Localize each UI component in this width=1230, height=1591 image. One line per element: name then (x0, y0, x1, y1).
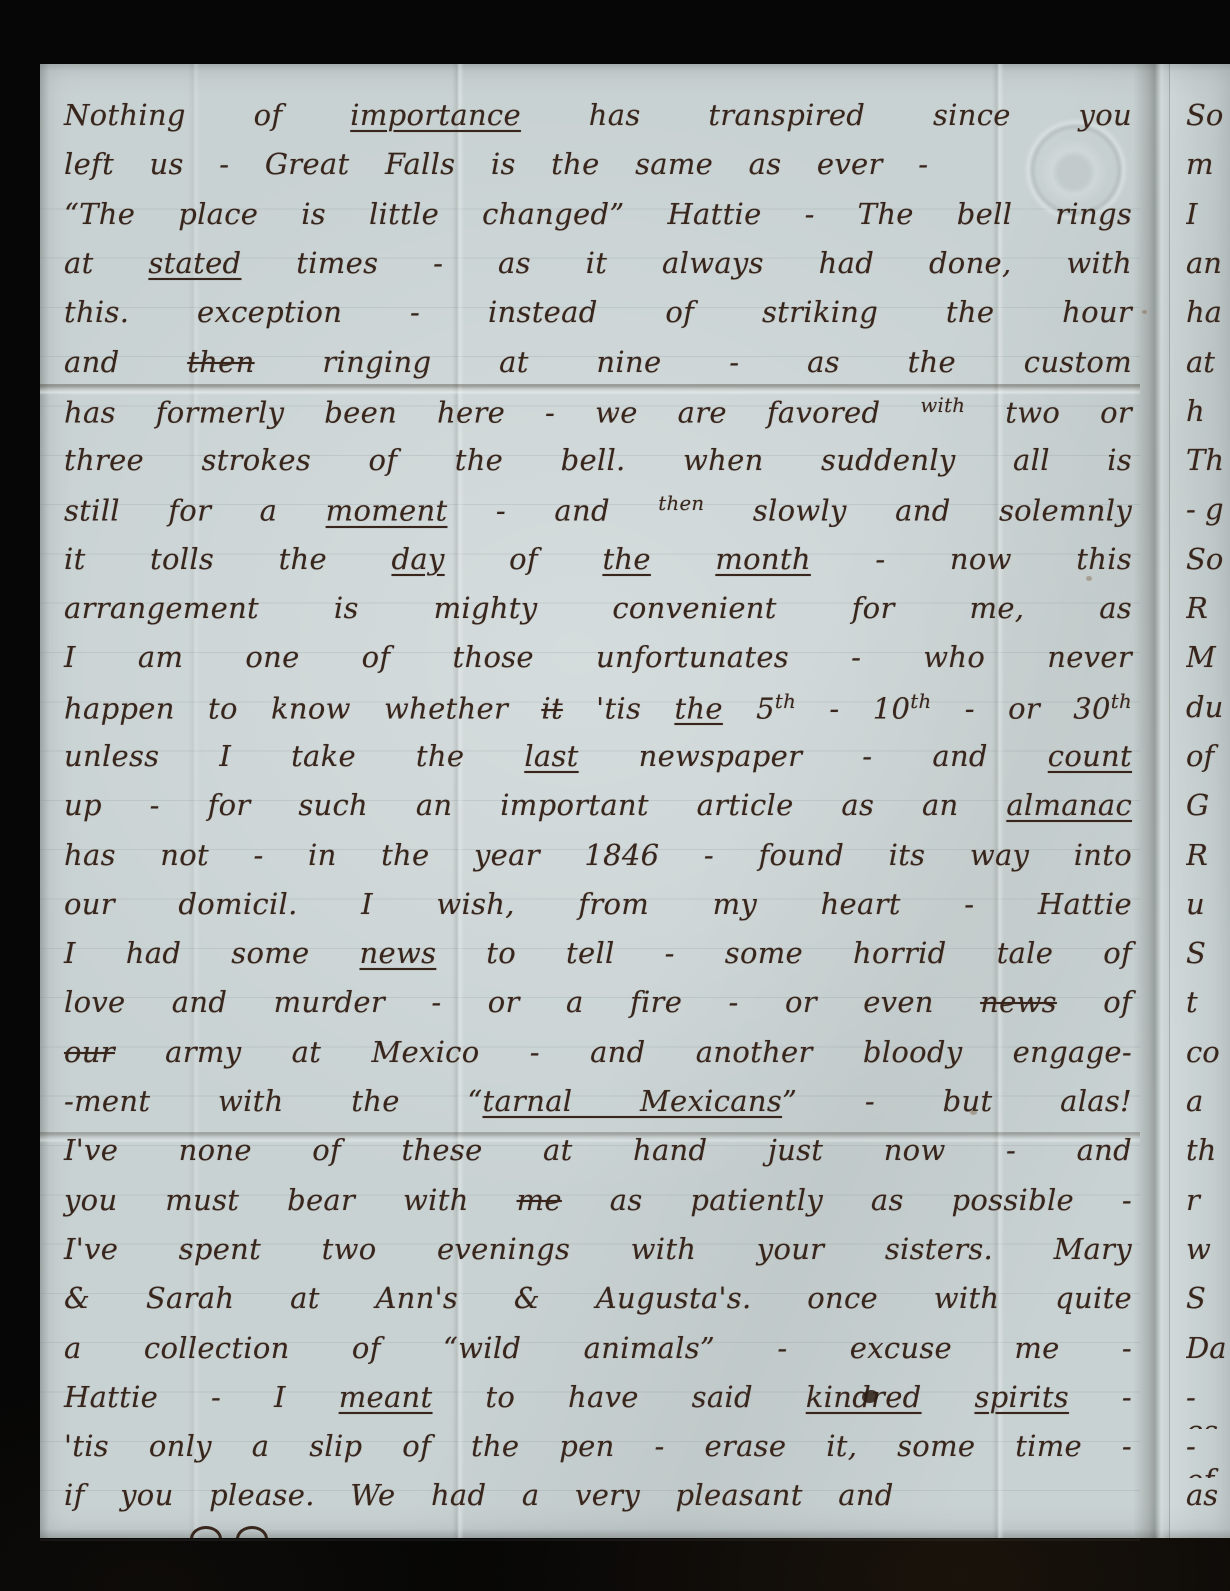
letter-line: you must bear with me as patiently as po… (64, 1183, 1132, 1232)
letter-line: -ment with the “tarnal Mexicans” - but a… (64, 1084, 1132, 1133)
letter-line: & Sarah at Ann's & Augusta's. once with … (64, 1281, 1132, 1330)
foxing-speck (970, 1110, 977, 1115)
adjacent-page-text-fragment: u (1186, 887, 1230, 936)
letter-line: up - for such an important article as an… (64, 788, 1132, 837)
letter-line: Hattie - I meant to have said kindred sp… (64, 1380, 1132, 1429)
adjacent-page-text-fragment: M (1186, 640, 1230, 689)
letter-body: Nothing of importance has transpired sin… (40, 64, 1230, 1538)
letter-page: Nothing of importance has transpired sin… (40, 64, 1230, 1538)
letter-line: has not - in the year 1846 - found its w… (64, 838, 1132, 887)
adjacent-page-text-fragment: as (1186, 1478, 1230, 1527)
adjacent-page-text-fragment: ha (1186, 295, 1230, 344)
adjacent-page-text-fragment: co (1186, 1035, 1230, 1084)
adjacent-page-text-fragment: w (1186, 1232, 1230, 1281)
adjacent-page-text-fragment: m (1186, 147, 1230, 196)
adjacent-page-text-fragment: - of (1186, 1429, 1230, 1478)
letter-line: “The place is little changed” Hattie - T… (64, 197, 1132, 246)
letter-line: love and murder - or a fire - or even ne… (64, 985, 1132, 1034)
letter-line: it tolls the day of the month - now this (64, 542, 1132, 591)
foxing-speck (180, 1246, 185, 1251)
adjacent-page-text-fragment: R (1186, 838, 1230, 887)
letter-line: this. exception - instead of striking th… (64, 295, 1132, 344)
adjacent-page-text-fragment: - es (1186, 1380, 1230, 1429)
letter-line: I've none of these at hand just now - an… (64, 1133, 1132, 1182)
adjacent-page-text-fragment: R (1186, 591, 1230, 640)
letter-line: three strokes of the bell. when suddenly… (64, 443, 1132, 492)
letter-line: our army at Mexico - and another bloody … (64, 1035, 1132, 1084)
adjacent-page-text-fragment: So (1186, 542, 1230, 591)
letter-line: I am one of those unfortunates - who nev… (64, 640, 1132, 689)
letter-line: at stated times - as it always had done,… (64, 246, 1132, 295)
foxing-speck (1142, 310, 1147, 314)
adjacent-page-text-fragment: a (1186, 1084, 1230, 1133)
foxing-speck (606, 412, 614, 416)
adjacent-page-text-fragment: an (1186, 246, 1230, 295)
adjacent-page-text-fragment: - g (1186, 492, 1230, 541)
letter-line: unless I take the last newspaper - and c… (64, 739, 1132, 788)
adjacent-page-text-fragment: du (1186, 690, 1230, 739)
adjacent-page-text-fragment: of (1186, 739, 1230, 788)
letter-line: and then ringing at nine - as the custom (64, 345, 1132, 394)
letter-line: happen to know whether it 'tis the 5th -… (64, 690, 1132, 739)
adjacent-page-text-fragment: Da (1186, 1331, 1230, 1380)
adjacent-page-text-fragment: h (1186, 394, 1230, 443)
adjacent-page-text-fragment: G (1186, 788, 1230, 837)
letter-line: still for a moment - and then slowly and… (64, 492, 1132, 541)
cut-off-line-strokes (190, 1526, 310, 1538)
adjacent-page-text-fragment: I (1186, 197, 1230, 246)
letter-line: our domicil. I wish, from my heart - Hat… (64, 887, 1132, 936)
letter-line: arrangement is mighty convenient for me,… (64, 591, 1132, 640)
adjacent-page-text-fragment: Th (1186, 443, 1230, 492)
letter-line: left us - Great Falls is the same as eve… (64, 147, 1132, 196)
letter-line: Nothing of importance has transpired sin… (64, 98, 1132, 147)
foxing-speck (1086, 576, 1092, 581)
adjacent-page-text-fragment: at (1186, 345, 1230, 394)
adjacent-page-text-fragment: th (1186, 1133, 1230, 1182)
scan-background: Nothing of importance has transpired sin… (0, 0, 1230, 1591)
letter-line: I had some news to tell - some horrid ta… (64, 936, 1132, 985)
adjacent-page-text-fragment: So (1186, 98, 1230, 147)
letter-line: if you please. We had a very pleasant an… (64, 1478, 1132, 1527)
adjacent-page-text-fragment: t (1186, 985, 1230, 1034)
adjacent-page-text-fragment: S (1186, 1281, 1230, 1330)
adjacent-page-text-fragment: r (1186, 1183, 1230, 1232)
letter-line: has formerly been here - we are favored … (64, 394, 1132, 443)
adjacent-page-text-fragment: S (1186, 936, 1230, 985)
letter-line: 'tis only a slip of the pen - erase it, … (64, 1429, 1132, 1478)
letter-line: I've spent two evenings with your sister… (64, 1232, 1132, 1281)
letter-line: a collection of “wild animals” - excuse … (64, 1331, 1132, 1380)
